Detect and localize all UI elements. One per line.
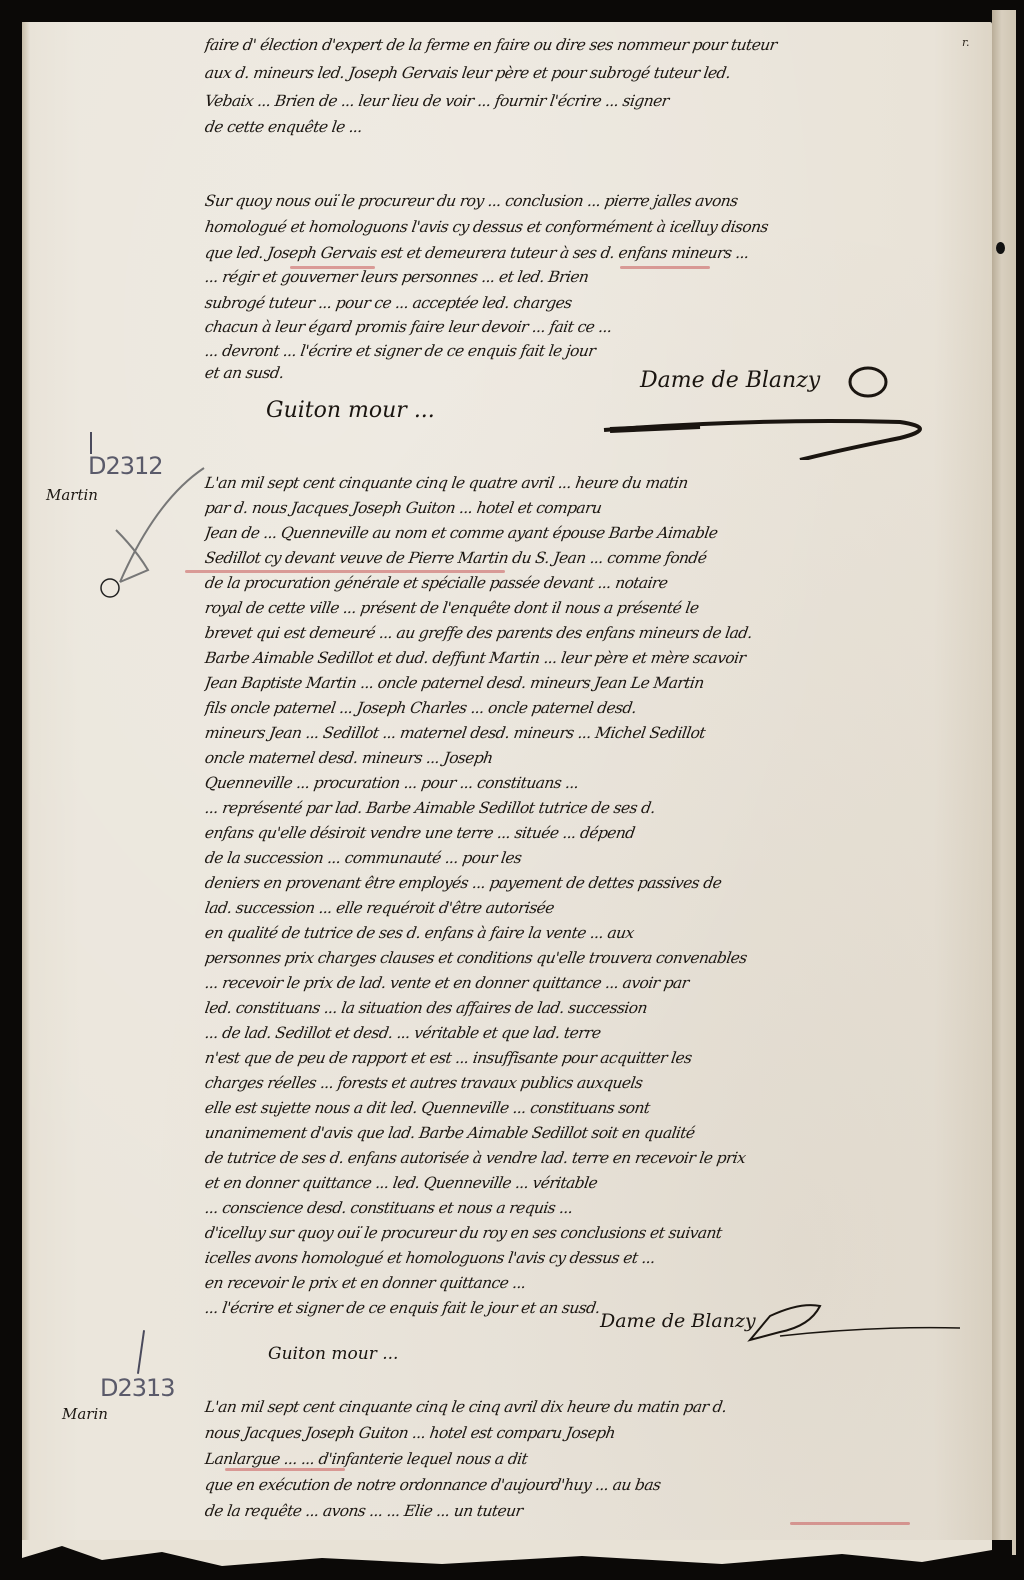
- text-line: de cette enquête le ...: [204, 118, 977, 136]
- margin-reference-number: D2313: [100, 1374, 175, 1402]
- text-line: Barbe Aimable Sedillot et dud. deffunt M…: [204, 649, 977, 667]
- text-line: Vebaix ... Brien de ... leur lieu de voi…: [204, 92, 977, 110]
- text-line: mineurs Jean ... Sedillot ... maternel d…: [204, 724, 977, 742]
- red-underline: [620, 266, 710, 269]
- text-line: enfans qu'elle désiroit vendre une terre…: [204, 824, 977, 842]
- text-line: Jean Baptiste Martin ... oncle paternel …: [204, 674, 977, 692]
- signature-dame-de-blanzy: Dame de Blanzy: [600, 1310, 756, 1332]
- text-line: ... régir et gouverner leurs personnes .…: [204, 268, 977, 286]
- red-underline: [225, 1468, 345, 1471]
- text-line: en qualité de tutrice de ses d. enfans à…: [204, 924, 977, 942]
- text-line: Quenneville ... procuration ... pour ...…: [204, 774, 977, 792]
- adjacent-page-edge: [992, 10, 1016, 1555]
- ink-blot: [996, 242, 1005, 254]
- margin-name: Marin: [62, 1405, 108, 1423]
- text-line: homologué et homologuons l'avis cy dessu…: [204, 218, 977, 236]
- red-underline: [290, 266, 375, 269]
- signature-guiton: Guiton mour ...: [268, 1344, 398, 1364]
- text-line: unanimement d'avis que lad. Barbe Aimabl…: [204, 1124, 977, 1142]
- text-line: de la succession ... communauté ... pour…: [204, 849, 977, 867]
- text-line: led. constituans ... la situation des af…: [204, 999, 977, 1017]
- text-line: ... de lad. Sedillot et desd. ... vérita…: [204, 1024, 977, 1042]
- text-line: Sedillot cy devant veuve de Pierre Marti…: [204, 549, 977, 567]
- page-edge-shadow: [22, 22, 30, 1562]
- text-line: icelles avons homologué et homologuons l…: [204, 1249, 977, 1267]
- text-line: nous Jacques Joseph Guiton ... hotel est…: [204, 1424, 977, 1442]
- signature-paraph-icon: [600, 360, 930, 460]
- cross-mark-icon: [96, 460, 216, 600]
- text-line: lad. succession ... elle requéroit d'êtr…: [204, 899, 977, 917]
- signature-guiton: Guiton mour ...: [266, 398, 435, 423]
- text-line: charges réelles ... forests et autres tr…: [204, 1074, 977, 1092]
- text-line: aux d. mineurs led. Joseph Gervais leur …: [204, 64, 977, 82]
- text-line: et en donner quittance ... led. Quennevi…: [204, 1174, 977, 1192]
- text-line: Sur quoy nous ouï le procureur du roy ..…: [204, 192, 977, 210]
- red-underline: [790, 1522, 910, 1525]
- text-line: par d. nous Jacques Joseph Guiton ... ho…: [204, 499, 977, 517]
- margin-name: Martin: [46, 486, 98, 504]
- text-line: ... recevoir le prix de lad. vente et en…: [204, 974, 977, 992]
- text-line: n'est que de peu de rapport et est ... i…: [204, 1049, 977, 1067]
- check-mark-icon: [90, 432, 92, 454]
- text-line: de tutrice de ses d. enfans autorisée à …: [204, 1149, 977, 1167]
- text-line: oncle maternel desd. mineurs ... Joseph: [204, 749, 977, 767]
- text-line: faire d' élection d'expert de la ferme e…: [204, 36, 977, 54]
- text-line: de la procuration générale et spécialle …: [204, 574, 977, 592]
- red-underline: [185, 570, 505, 573]
- text-line: royal de cette ville ... présent de l'en…: [204, 599, 977, 617]
- text-line: de la requête ... avons ... ... Elie ...…: [204, 1502, 977, 1520]
- text-line: ... conscience desd. constituans et nous…: [204, 1199, 977, 1217]
- text-line: elle est sujette nous a dit led. Quennev…: [204, 1099, 977, 1117]
- text-line: Lanlargue ... ... d'infanterie lequel no…: [204, 1450, 977, 1468]
- text-line: personnes prix charges clauses et condit…: [204, 949, 977, 967]
- text-line: que en exécution de notre ordonnance d'a…: [204, 1476, 977, 1494]
- text-line: ... représenté par lad. Barbe Aimable Se…: [204, 799, 977, 817]
- text-line: Jean de ... Quenneville au nom et comme …: [204, 524, 977, 542]
- text-line: L'an mil sept cent cinquante cinq le qua…: [204, 474, 977, 492]
- text-line: subrogé tuteur ... pour ce ... acceptée …: [204, 294, 977, 312]
- signature-paraph-icon: [740, 1296, 970, 1346]
- text-line: fils oncle paternel ... Joseph Charles .…: [204, 699, 977, 717]
- text-line: d'icelluy sur quoy ouï le procureur du r…: [204, 1224, 977, 1242]
- text-line: que led. Joseph Gervais est et demeurera…: [204, 244, 977, 262]
- text-line: L'an mil sept cent cinquante cinq le cin…: [204, 1398, 977, 1416]
- text-line: deniers en provenant être employés ... p…: [204, 874, 977, 892]
- text-line: chacun à leur égard promis faire leur de…: [204, 318, 977, 336]
- torn-page-edge: [22, 1540, 1012, 1580]
- text-line: ... devront ... l'écrire et signer de ce…: [204, 342, 977, 360]
- text-line: en recevoir le prix et en donner quittan…: [204, 1274, 977, 1292]
- text-line: brevet qui est demeuré ... au greffe des…: [204, 624, 977, 642]
